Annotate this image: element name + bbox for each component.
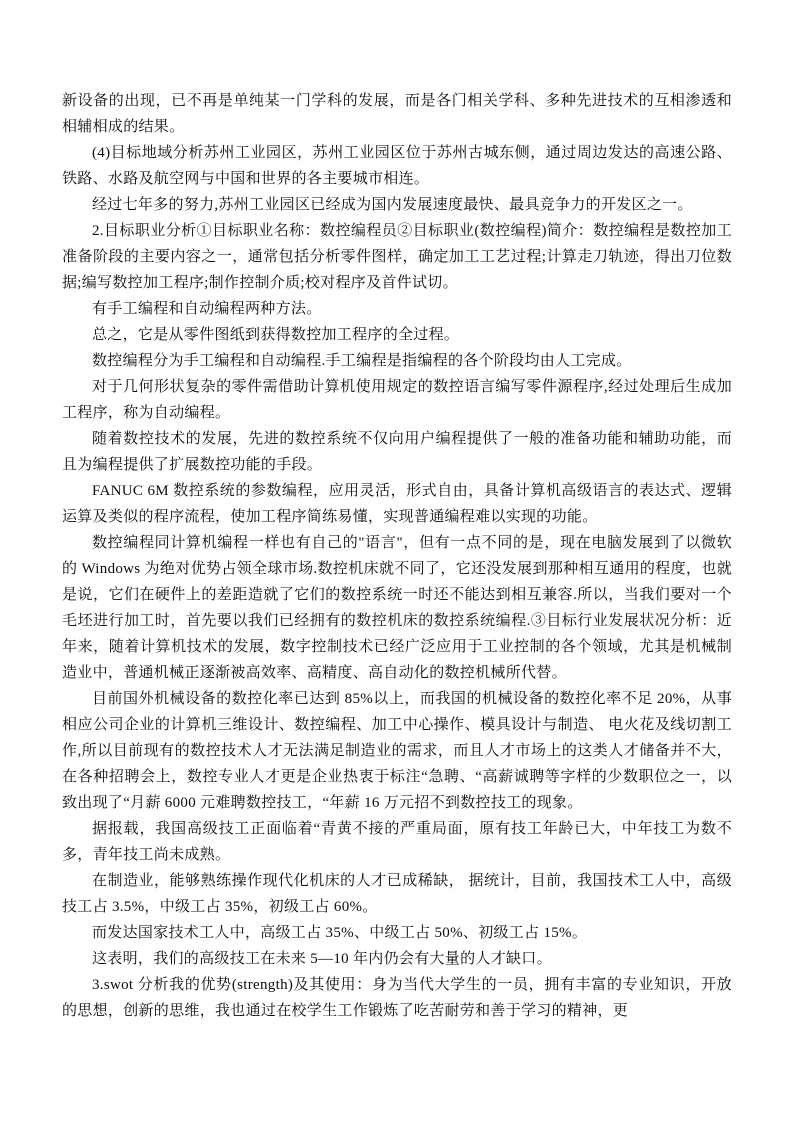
paragraph: 在制造业，能够熟练操作现代化机床的人才已成稀缺， 据统计，目前，我国技术工人中，… xyxy=(62,868,732,920)
paragraph: 经过七年多的努力,苏州工业园区已经成为国内发展速度最快、最具竞争力的开发区之一。 xyxy=(62,192,732,218)
paragraph: FANUC 6M 数控系统的参数编程，应用灵活，形式自由，具备计算机高级语言的表… xyxy=(62,478,732,530)
paragraph: 有手工编程和自动编程两种方法。 xyxy=(62,296,732,322)
paragraph: 总之，它是从零件图纸到获得数控加工程序的全过程。 xyxy=(62,322,732,348)
paragraph: 随着数控技术的发展，先进的数控系统不仅向用户编程提供了一般的准备功能和辅助功能，… xyxy=(62,426,732,478)
paragraph: 2.目标职业分析①目标职业名称：数控编程员②目标职业(数控编程)简介：数控编程是… xyxy=(62,218,732,296)
document-body: 新设备的出现，已不再是单纯某一门学科的发展，而是各门相关学科、多种先进技术的互相… xyxy=(62,88,732,1024)
paragraph: 而发达国家技术工人中，高级工占 35%、中级工占 50%、初级工占 15%。 xyxy=(62,920,732,946)
paragraph: 数控编程分为手工编程和自动编程.手工编程是指编程的各个阶段均由人工完成。 xyxy=(62,348,732,374)
paragraph: 新设备的出现，已不再是单纯某一门学科的发展，而是各门相关学科、多种先进技术的互相… xyxy=(62,88,732,140)
paragraph: (4)目标地域分析苏州工业园区，苏州工业园区位于苏州古城东侧，通过周边发达的高速… xyxy=(62,140,732,192)
paragraph: 3.swot 分析我的优势(strength)及其使用：身为当代大学生的一员，拥… xyxy=(62,972,732,1024)
document-page: 新设备的出现，已不再是单纯某一门学科的发展，而是各门相关学科、多种先进技术的互相… xyxy=(0,0,793,1122)
paragraph: 据报载，我国高级技工正面临着“青黄不接的严重局面，原有技工年龄已大，中年技工为数… xyxy=(62,816,732,868)
paragraph: 数控编程同计算机编程一样也有自己的"语言"，但有一点不同的是，现在电脑发展到了以… xyxy=(62,530,732,686)
paragraph: 目前国外机械设备的数控化率已达到 85%以上，而我国的机械设备的数控化率不足 2… xyxy=(62,686,732,816)
paragraph: 对于几何形状复杂的零件需借助计算机使用规定的数控语言编写零件源程序,经过处理后生… xyxy=(62,374,732,426)
paragraph: 这表明，我们的高级技工在未来 5—10 年内仍会有大量的人才缺口。 xyxy=(62,946,732,972)
